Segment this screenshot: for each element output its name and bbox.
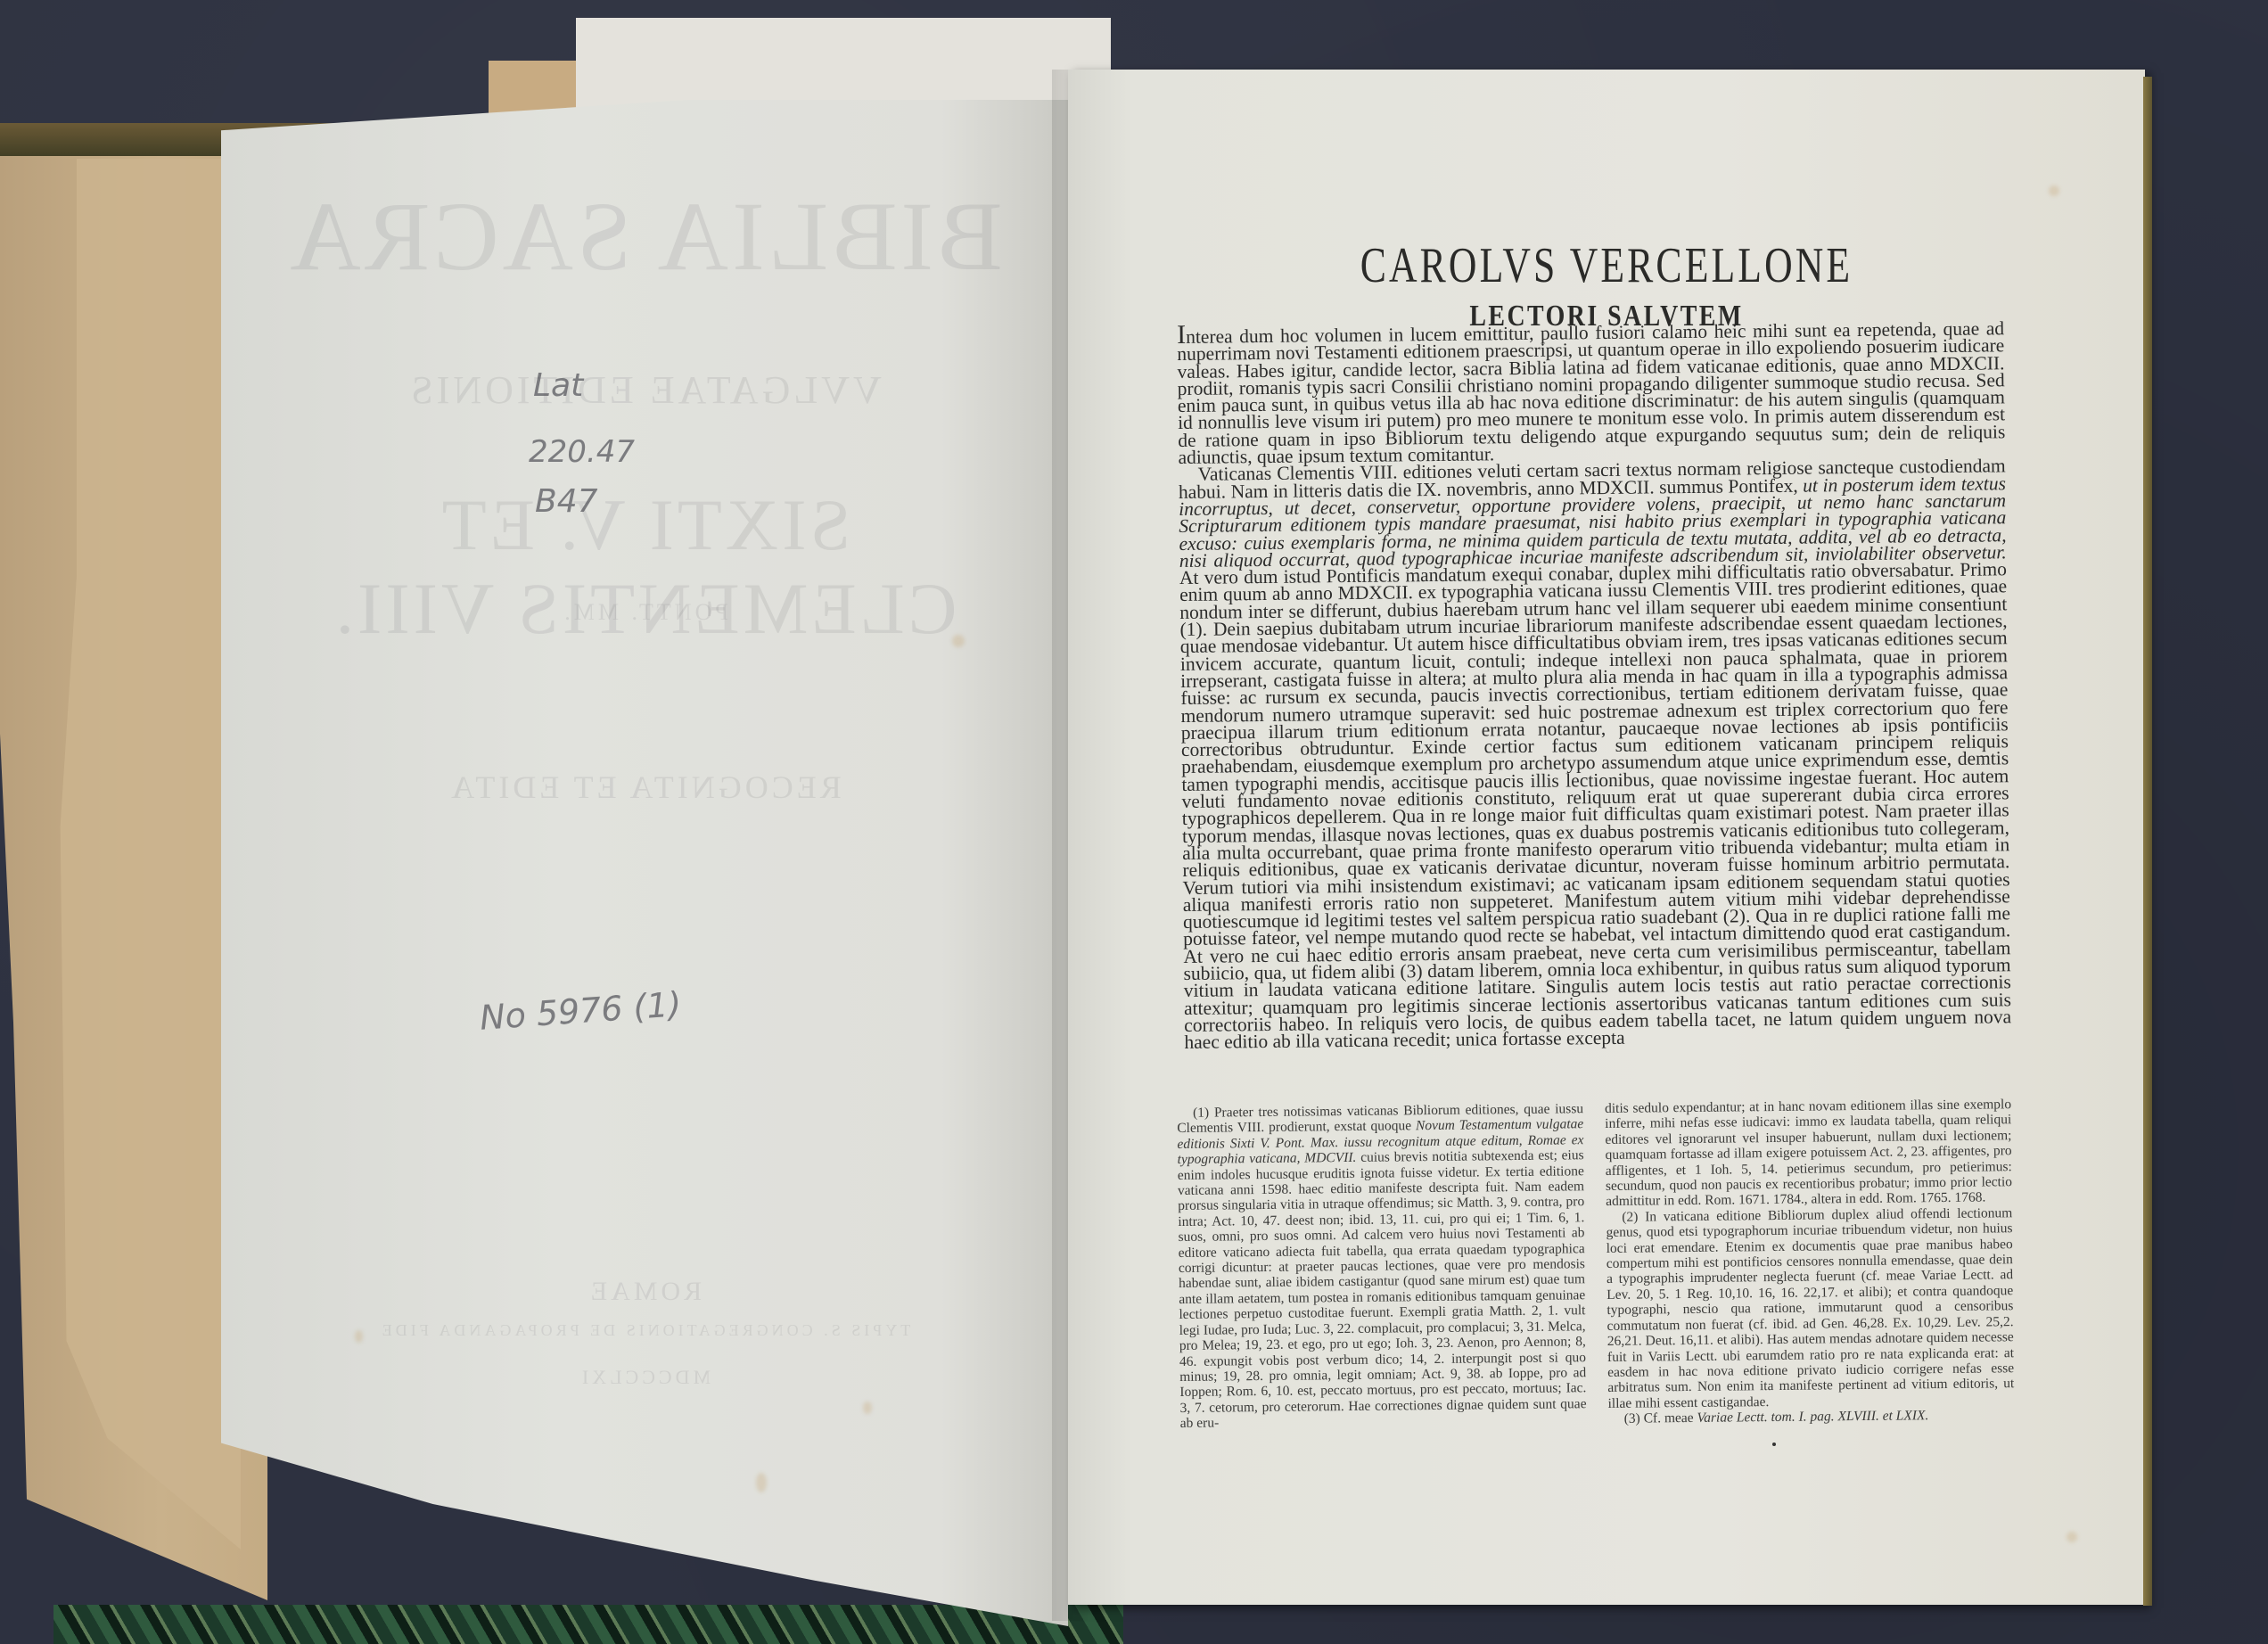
foxing-spot [952, 635, 965, 647]
foxing-spot [756, 1473, 767, 1492]
foxing-spot [2067, 1532, 2077, 1542]
pencil-shelfmark-lat: Lat [533, 367, 583, 404]
pencil-shelfmark-cutter: B47 [535, 483, 598, 520]
right-page-recto: CAROLVS VERCELLONE LECTORI SALVTEM Inter… [1068, 70, 2145, 1605]
pencil-shelfmark-class: 220.47 [529, 434, 635, 470]
ink-speck [1772, 1443, 1776, 1446]
footnote-1-continued: ditis sedulo expendantur; at in hanc nov… [1605, 1097, 2012, 1210]
marbled-endpaper [53, 1605, 1123, 1644]
bleed-through-line: RECOGNITA ET EDITA [221, 769, 1068, 806]
preface-body: Interea dum hoc volumen in lucem emittit… [1177, 317, 2011, 1051]
bleed-through-line: ROMAE [221, 1277, 1068, 1307]
paragraph-1: Interea dum hoc volumen in lucem emittit… [1177, 317, 2006, 466]
pencil-accession-number: No 5976 (1) [479, 984, 683, 1038]
footnote-3: (3) Cf. meae Variae Lectt. tom. I. pag. … [1608, 1407, 2015, 1426]
footnote-2: (2) In vaticana editione Bibliorum duple… [1606, 1205, 2014, 1411]
foxing-spot [2049, 185, 2059, 196]
left-page-verso: BIBLIA SACRA VVLGATAE EDITIONIS SIXTI V.… [221, 100, 1068, 1626]
foxing-spot [863, 1402, 872, 1414]
foxing-spot [506, 1526, 515, 1542]
footnote-1: (1) Praeter tres notissimas vaticanas Bi… [1177, 1101, 1587, 1431]
bleed-through-line: VVLGATAE EDITIONIS [221, 367, 1068, 413]
foxing-spot [355, 1330, 363, 1343]
footnote-column-left: (1) Praeter tres notissimas vaticanas Bi… [1177, 1101, 1587, 1431]
bleed-through-line: MDCCCLXI [221, 1366, 1068, 1389]
footnotes: (1) Praeter tres notissimas vaticanas Bi… [1177, 1097, 2015, 1431]
footnote-column-right: ditis sedulo expendantur; at in hanc nov… [1605, 1097, 2015, 1426]
paragraph-2: Vaticanas Clementis VIII. editiones velu… [1179, 458, 2012, 1052]
page-title: CAROLVS VERCELLONE [1187, 237, 2026, 294]
bleed-through-line: PONTT. MM. [221, 599, 1068, 626]
bleed-through-title: BIBLIA SACRA [221, 180, 1068, 293]
bleed-through-line: TYPIS S. CONGREGATIONIS DE PROPAGANDA FI… [221, 1321, 1068, 1340]
